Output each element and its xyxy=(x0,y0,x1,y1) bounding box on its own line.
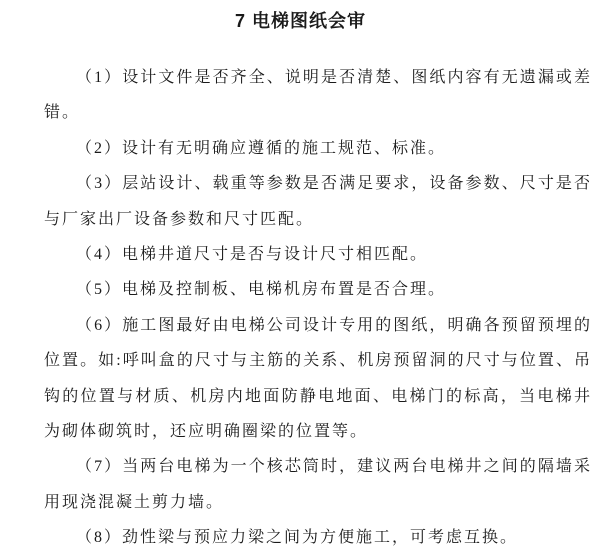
paragraph-5: （5）电梯及控制板、电梯机房布置是否合理。 xyxy=(44,272,592,307)
paragraph-8: （8）劲性梁与预应力梁之间为方便施工，可考虑互换。 xyxy=(44,520,592,553)
paragraph-1: （1）设计文件是否齐全、说明是否清楚、图纸内容有无遗漏或差错。 xyxy=(44,60,592,131)
paragraph-3: （3）层站设计、载重等参数是否满足要求，设备参数、尺寸是否与厂家出厂设备参数和尺… xyxy=(44,166,592,237)
paragraph-7: （7）当两台电梯为一个核芯筒时，建议两台电梯井之间的隔墙采用现浇混凝土剪力墙。 xyxy=(44,449,592,520)
document-title: 7 电梯图纸会审 xyxy=(0,0,601,34)
document-page: 7 电梯图纸会审 （1）设计文件是否齐全、说明是否清楚、图纸内容有无遗漏或差错。… xyxy=(0,0,601,553)
document-body: （1）设计文件是否齐全、说明是否清楚、图纸内容有无遗漏或差错。 （2）设计有无明… xyxy=(44,60,592,553)
paragraph-2: （2）设计有无明确应遵循的施工规范、标准。 xyxy=(44,131,592,166)
paragraph-6: （6）施工图最好由电梯公司设计专用的图纸，明确各预留预埋的位置。如:呼叫盒的尺寸… xyxy=(44,308,592,450)
paragraph-4: （4）电梯井道尺寸是否与设计尺寸相匹配。 xyxy=(44,237,592,272)
